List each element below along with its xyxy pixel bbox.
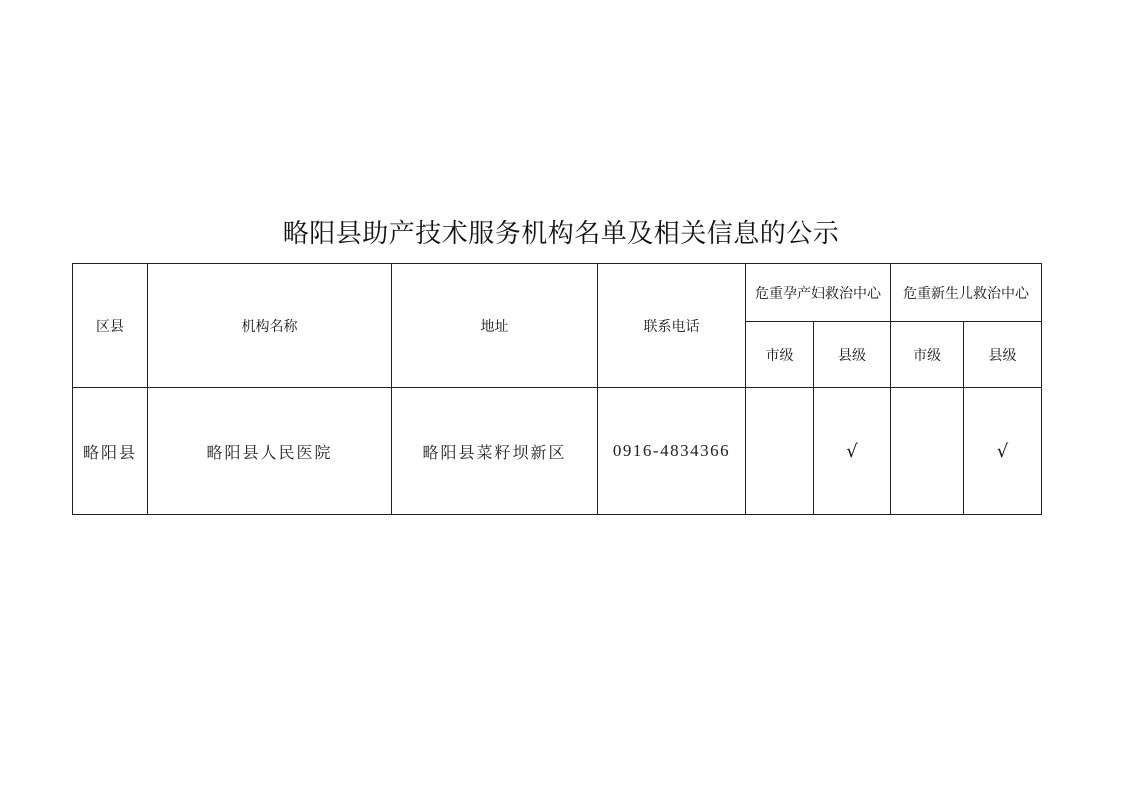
cell-phone: 0916-4834366 [598,388,746,515]
header-maternal-center: 危重孕产妇救治中心 [746,264,891,322]
cell-district: 略阳县 [73,388,148,515]
header-address: 地址 [392,264,598,388]
table-row: 略阳县 略阳县人民医院 略阳县菜籽坝新区 0916-4834366 √ √ [73,388,1042,515]
header-phone: 联系电话 [598,264,746,388]
cell-maternal-city [746,388,814,515]
header-neonatal-center: 危重新生儿救治中心 [891,264,1042,322]
cell-institution-name: 略阳县人民医院 [148,388,392,515]
document-title: 略阳县助产技术服务机构名单及相关信息的公示 [0,216,1122,252]
header-row-top: 区县 机构名称 地址 联系电话 危重孕产妇救治中心 危重新生儿救治中心 [73,264,1042,322]
header-neonatal-city: 市级 [891,322,964,388]
header-district: 区县 [73,264,148,388]
cell-address: 略阳县菜籽坝新区 [392,388,598,515]
checkmark-icon: √ [814,388,891,515]
checkmark-icon: √ [964,388,1042,515]
header-neonatal-county: 县级 [964,322,1042,388]
institution-table: 区县 机构名称 地址 联系电话 危重孕产妇救治中心 危重新生儿救治中心 市级 县… [72,263,1042,515]
header-institution-name: 机构名称 [148,264,392,388]
header-maternal-city: 市级 [746,322,814,388]
cell-neonatal-city [891,388,964,515]
header-maternal-county: 县级 [814,322,891,388]
